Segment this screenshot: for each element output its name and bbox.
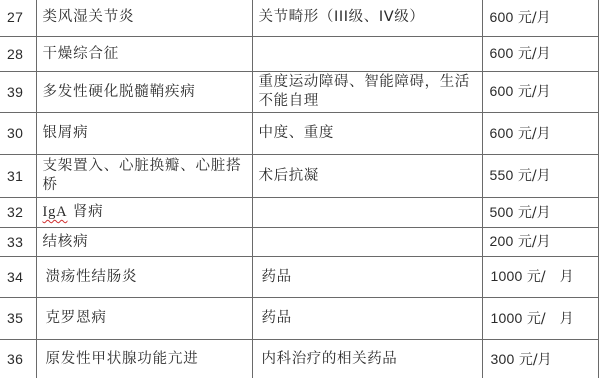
disease-name: 原发性甲状腺功能亢进 xyxy=(36,340,252,378)
condition xyxy=(252,228,482,257)
payment-limit: 600 元/月 xyxy=(482,72,598,113)
table-row: 27 类风湿关节炎 关节畸形（III级、IV级） 600 元/月 xyxy=(0,0,598,37)
disease-suffix: 肾病 xyxy=(67,204,103,220)
limit-unit: 元/ 月 xyxy=(522,269,573,285)
limit-unit: 元/月 xyxy=(513,10,550,26)
payment-limit: 600 元/月 xyxy=(482,113,598,155)
disease-name: 克罗恩病 xyxy=(36,298,252,340)
limit-amount: 600 xyxy=(490,125,514,141)
row-number: 34 xyxy=(0,257,36,298)
limit-amount: 1000 xyxy=(491,310,523,326)
limit-amount: 500 xyxy=(490,204,514,220)
limit-unit: 元/月 xyxy=(513,168,550,184)
limit-unit: 元/月 xyxy=(514,352,551,368)
disease-name: 干燥综合征 xyxy=(36,37,252,72)
condition: 关节畸形（III级、IV级） xyxy=(252,0,482,37)
row-number: 35 xyxy=(0,298,36,340)
table-row: 32 IgA 肾病 500 元/月 xyxy=(0,198,598,228)
limit-unit: 元/月 xyxy=(513,205,550,221)
limit-unit: 元/月 xyxy=(513,126,550,142)
disease-name: 支架置入、心脏换瓣、心脏搭桥 xyxy=(36,155,252,198)
limit-amount: 600 xyxy=(490,9,514,25)
row-number: 27 xyxy=(0,0,36,37)
table-row: 39 多发性硬化脱髓鞘疾病 重度运动障碍、智能障碍，生活不能自理 600 元/月 xyxy=(0,72,598,113)
payment-limit: 600 元/月 xyxy=(482,0,598,37)
limit-amount: 550 xyxy=(490,167,514,183)
condition xyxy=(252,198,482,228)
payment-limit: 550 元/月 xyxy=(482,155,598,198)
condition: 重度运动障碍、智能障碍，生活不能自理 xyxy=(252,72,482,113)
table-row: 35 克罗恩病 药品 1000 元/ 月 xyxy=(0,298,598,340)
table-row: 34 溃疡性结肠炎 药品 1000 元/ 月 xyxy=(0,257,598,298)
limit-amount: 600 xyxy=(490,45,514,61)
limit-amount: 600 xyxy=(490,83,514,99)
disease-name: 结核病 xyxy=(36,228,252,257)
limit-amount: 300 xyxy=(491,351,515,367)
table-row: 31 支架置入、心脏换瓣、心脏搭桥 术后抗凝 550 元/月 xyxy=(0,155,598,198)
payment-limit: 500 元/月 xyxy=(482,198,598,228)
row-number: 30 xyxy=(0,113,36,155)
payment-limit: 600 元/月 xyxy=(482,37,598,72)
row-number: 31 xyxy=(0,155,36,198)
condition xyxy=(252,37,482,72)
limit-unit: 元/月 xyxy=(513,46,550,62)
limit-unit: 元/ 月 xyxy=(522,311,573,327)
payment-limit: 1000 元/ 月 xyxy=(482,298,598,340)
row-number: 33 xyxy=(0,228,36,257)
chronic-disease-table: 27 类风湿关节炎 关节畸形（III级、IV级） 600 元/月 28 干燥综合… xyxy=(0,0,599,378)
disease-name: 多发性硬化脱髓鞘疾病 xyxy=(36,72,252,113)
disease-name: IgA 肾病 xyxy=(36,198,252,228)
row-number: 32 xyxy=(0,198,36,228)
chronic-disease-table-container: 27 类风湿关节炎 关节畸形（III级、IV级） 600 元/月 28 干燥综合… xyxy=(0,0,598,378)
table-row: 30 银屑病 中度、重度 600 元/月 xyxy=(0,113,598,155)
table-row: 33 结核病 200 元/月 xyxy=(0,228,598,257)
disease-name: 类风湿关节炎 xyxy=(36,0,252,37)
condition: 药品 xyxy=(252,298,482,340)
limit-unit: 元/月 xyxy=(513,84,550,100)
payment-limit: 300 元/月 xyxy=(482,340,598,378)
condition: 内科治疗的相关药品 xyxy=(252,340,482,378)
row-number: 36 xyxy=(0,340,36,378)
condition: 术后抗凝 xyxy=(252,155,482,198)
disease-name: 银屑病 xyxy=(36,113,252,155)
condition: 中度、重度 xyxy=(252,113,482,155)
table-row: 36 原发性甲状腺功能亢进 内科治疗的相关药品 300 元/月 xyxy=(0,340,598,378)
disease-name: 溃疡性结肠炎 xyxy=(36,257,252,298)
condition: 药品 xyxy=(252,257,482,298)
limit-amount: 1000 xyxy=(491,268,523,284)
table-row: 28 干燥综合征 600 元/月 xyxy=(0,37,598,72)
row-number: 28 xyxy=(0,37,36,72)
disease-prefix: IgA xyxy=(43,204,68,220)
payment-limit: 200 元/月 xyxy=(482,228,598,257)
limit-unit: 元/月 xyxy=(513,234,550,250)
payment-limit: 1000 元/ 月 xyxy=(482,257,598,298)
row-number: 39 xyxy=(0,72,36,113)
limit-amount: 200 xyxy=(490,233,514,249)
